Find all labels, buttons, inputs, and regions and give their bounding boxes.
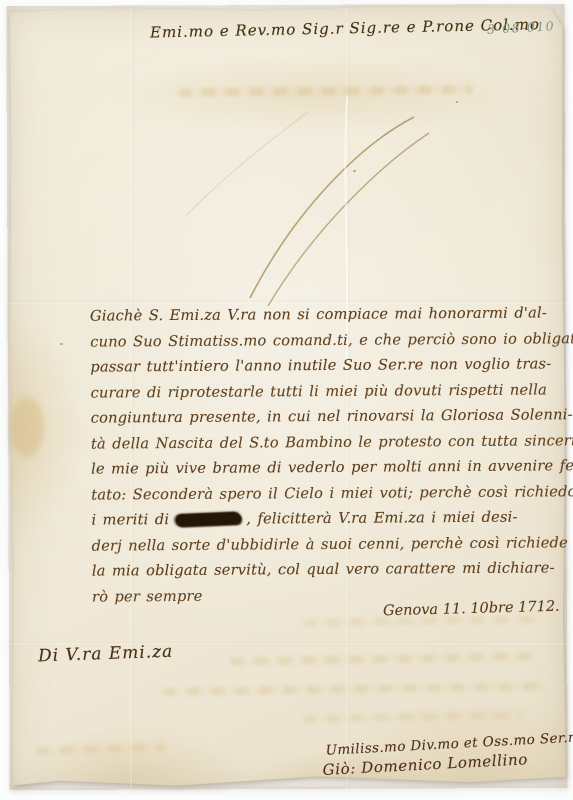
letter-line: le mie più vive brame di vederlo per mol… [91, 453, 547, 482]
foxing-speck [456, 101, 458, 103]
foxing-speck [60, 343, 63, 345]
letter-line: Giachè S. Emi.za V.ra non si compiace ma… [90, 300, 546, 329]
letter-line: la mia obligata servitù, col qual vero c… [92, 555, 548, 584]
letter-line: curare di riprotestarle tutti li miei pi… [90, 377, 546, 406]
show-through-mark [10, 397, 44, 457]
letter-line: tato: Seconderà spero il Cielo i miei vo… [91, 479, 547, 508]
letter-line: congiuntura presente, in cui nel rinovar… [91, 402, 547, 431]
letter-line-with-blot: i meriti di, felicitterà V.ra Emi.za i m… [91, 504, 547, 533]
letter-line: tà della Nascita del S.to Bambino le pro… [91, 428, 547, 457]
letter-line: passar tutt'intiero l'anno inutile Suo S… [90, 351, 546, 380]
letter-body: Giachè S. Emi.za V.ra non si compiace ma… [90, 300, 548, 609]
ink-blot [175, 511, 241, 527]
letter-line-text: i meriti di [91, 511, 169, 529]
letter-line-text: , felicitterà V.ra Emi.za i miei desi- [246, 509, 517, 528]
letter-line: cuno Suo Stimatiss.mo comand.ti, e che p… [90, 326, 546, 355]
foxing-speck [353, 170, 356, 172]
letter-line: derj nella sorte d'ubbidirle à suoi cenn… [92, 530, 548, 559]
